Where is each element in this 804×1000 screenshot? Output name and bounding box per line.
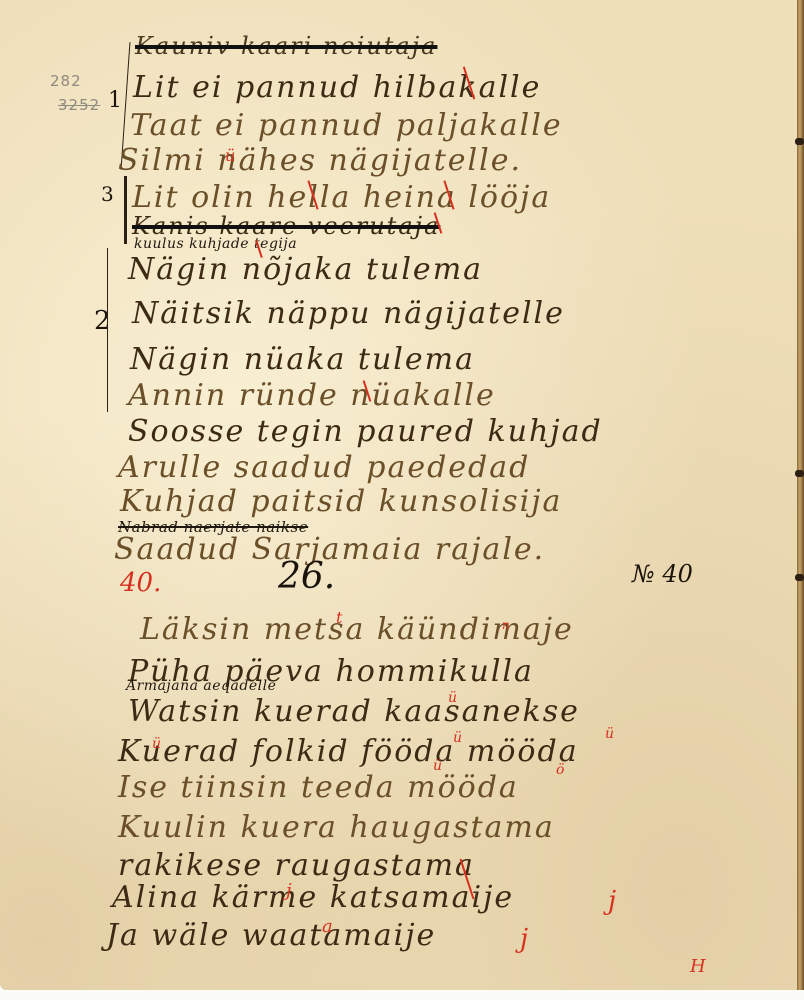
margin-bracket bbox=[107, 248, 108, 412]
verse-line: Kuulin kuera haugastama bbox=[118, 810, 555, 845]
verse-line: Nägin nüaka tulema bbox=[130, 342, 475, 377]
red-correction: ö bbox=[556, 762, 564, 778]
struck-heading: Kauniv kaari neiutaja bbox=[135, 32, 437, 60]
archive-number: 282 bbox=[50, 72, 82, 90]
verse-line: rakikese raugastama bbox=[118, 848, 475, 883]
red-correction: j bbox=[520, 924, 528, 954]
verse-line: Kuhjad paitsid kunsolisija bbox=[120, 484, 562, 519]
red-correction: ü bbox=[453, 730, 462, 746]
red-correction: n bbox=[502, 618, 510, 632]
manuscript-page: 282 3252 1 3 2 Kauniv kaari neiutaja Lit… bbox=[0, 0, 800, 990]
verse-line: Arulle saadud paededad bbox=[118, 450, 530, 485]
red-correction: ü bbox=[433, 758, 442, 774]
binding-spine bbox=[797, 0, 804, 990]
interlinear-note: kuulus kuhjade tegija bbox=[134, 236, 297, 252]
verse-line: Näitsik näppu nägijatelle bbox=[132, 296, 565, 331]
red-correction: j bbox=[608, 886, 616, 916]
red-correction: ü bbox=[225, 146, 235, 165]
verse-line: Ise tiinsin teeda mööda bbox=[118, 770, 519, 805]
verse-line: Alina kärme katsamaije bbox=[112, 880, 514, 915]
binding-stitch bbox=[795, 470, 804, 477]
verse-line: Nägin nõjaka tulema bbox=[128, 252, 483, 287]
verse-line: Annin ründe nüakalle bbox=[128, 378, 496, 413]
red-number: 40. bbox=[120, 568, 161, 598]
stanza-marker: 2 bbox=[94, 306, 111, 336]
stanza-marker: 3 bbox=[101, 182, 114, 206]
red-correction: ü bbox=[605, 726, 614, 742]
verse-line: Silmi nähes nägijatelle. bbox=[118, 143, 522, 178]
interlinear-note: Armajana aeqadelle bbox=[126, 678, 276, 694]
scan-margin bbox=[0, 990, 804, 1000]
verse-line: Kuerad folkid fööda mööda bbox=[118, 734, 579, 769]
binding-stitch bbox=[795, 138, 804, 145]
verse-line: Lit ei pannud hilbakalle bbox=[133, 70, 541, 105]
verse-line: Ja wäle waatamaije bbox=[106, 918, 436, 953]
catalog-label: № 40 bbox=[632, 560, 693, 588]
red-correction: a bbox=[322, 916, 333, 937]
red-correction: j bbox=[286, 880, 292, 901]
red-correction: ü bbox=[152, 736, 161, 752]
red-correction: H bbox=[690, 956, 706, 977]
song-number: 26. bbox=[278, 556, 335, 597]
verse-line: Taat ei pannud paljakalle bbox=[130, 108, 563, 143]
verse-line: Watsin kuerad kaasanekse bbox=[128, 694, 580, 729]
red-correction: t bbox=[336, 608, 342, 627]
verse-line: Soosse tegin paured kuhjad bbox=[128, 414, 603, 449]
stanza-marker: 1 bbox=[108, 88, 122, 113]
archive-number-old: 3252 bbox=[58, 96, 100, 114]
margin-bracket-bold bbox=[124, 176, 127, 244]
red-correction: ü bbox=[448, 690, 457, 706]
verse-line: Lit olin hella heina lööja bbox=[132, 180, 551, 215]
binding-stitch bbox=[795, 574, 804, 581]
